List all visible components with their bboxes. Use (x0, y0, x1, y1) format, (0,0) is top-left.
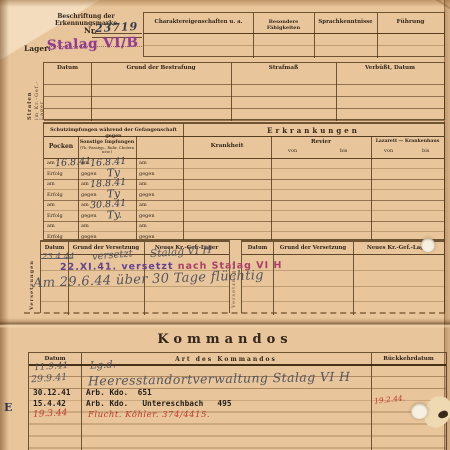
kdo-row-art: Flucht. Köhler. 374/4415. (88, 410, 210, 420)
gegen-label: gegen (81, 192, 97, 198)
strafen-col-verbuesst: Verbüßt, Datum (336, 65, 444, 71)
table-line (144, 45, 444, 46)
strafen-side-label: Strafen (27, 64, 33, 120)
am-label: am (81, 223, 89, 229)
table-line (371, 136, 372, 240)
versetz-entry-datum: 23.4.44 (42, 252, 74, 262)
margin-mark-e: E (4, 401, 12, 414)
idbox-nr-value: 23719 (95, 20, 139, 35)
table-line (44, 136, 444, 137)
erkrankungen-title: Erkrankungen (183, 126, 444, 135)
card-overlap-shadow (0, 318, 450, 328)
table-line (242, 286, 444, 287)
am-label: am (139, 202, 147, 208)
impfungen-erkrankungen-table: Schutzimpfungen während der Gefangenscha… (43, 122, 445, 240)
am-label: am (81, 160, 89, 166)
table-line (44, 231, 444, 232)
stalag-vib-stamp: Stalag VI/B (47, 34, 139, 53)
hole-punch (421, 238, 435, 252)
kdo-row-art: Lg.d. (90, 359, 116, 371)
versetzungen-table-right: Datum Grund der Versetzung Neues Kr.-Gef… (241, 240, 445, 313)
am-label: am (139, 160, 147, 166)
col-krankheit: Krankheit (183, 143, 271, 149)
hole-punch (411, 403, 428, 419)
table-line (242, 254, 444, 255)
table-line (271, 136, 272, 240)
ruled-lines (44, 73, 444, 121)
kdo-row-datum: 19.3.44 (33, 408, 68, 420)
strike-line (41, 258, 71, 259)
gegen-label: gegen (139, 213, 155, 219)
am-label: am (81, 181, 89, 187)
traits-header-character: Charaktereigenschaften u. a. (144, 19, 253, 25)
strafen-col-grund: Grund der Bestrafung (91, 65, 231, 71)
col-sonstige-sub: (Tb.-Paratyp., Ruhr, Cholera usw.) (78, 146, 136, 154)
table-line (136, 136, 137, 240)
gegen-label: gegen (81, 171, 97, 177)
am-label: am (139, 181, 147, 187)
col-pocken: Pocken (44, 143, 78, 150)
table-line (183, 124, 184, 240)
kommandos-title: Kommandos (100, 332, 350, 347)
kdo-col-rueckkehr: Rückkehrdatum (371, 356, 446, 362)
versetz-col-datum: Datum (242, 245, 273, 251)
traits-table: Charaktereigenschaften u. a. Besondere F… (143, 12, 445, 57)
gegen-label: gegen (139, 171, 155, 177)
table-line (144, 33, 444, 34)
lazarett-von: von (384, 148, 393, 154)
kdo-row-datum: 30.12.41 (33, 388, 71, 397)
scan-edge-top (0, 0, 450, 7)
erfolg-label: Erfolg (47, 171, 63, 177)
kdo-row-art: Arb. Kdo. Untereschbach 495 (86, 399, 232, 408)
sonstige-gegen-3: Ty. (107, 208, 123, 221)
strafen-col-strafmass: Strafmaß (231, 65, 336, 71)
perforation-line (24, 312, 445, 314)
gegen-label: gegen (81, 213, 97, 219)
table-line (353, 242, 354, 315)
impfungen-title: Schutzimpfungen während der Gefangenscha… (44, 127, 183, 139)
col-revier: Revier (271, 139, 371, 145)
traits-header-faehigkeiten: Besondere Fähigkeiten (253, 19, 314, 31)
am-label: am (81, 202, 89, 208)
am-label: am (139, 223, 147, 229)
am-label: am (47, 202, 55, 208)
table-line (242, 301, 444, 302)
strafen-col-datum: Datum (44, 65, 91, 71)
pow-record-card-scan: Beschriftung der Erkennungsmarke Nr. 237… (0, 0, 450, 450)
strafen-table: Datum Grund der Bestrafung Strafmaß Verb… (43, 62, 445, 120)
col-lazarett: Lazarett — Krankenhaus (371, 139, 444, 144)
kdo-row-art: Arb. Kdo. 651 (86, 388, 152, 397)
table-line (44, 221, 444, 222)
traits-header-sprachen: Sprachkenntnisse (314, 19, 377, 25)
am-label: am (47, 160, 55, 166)
revier-von: von (288, 148, 297, 154)
scan-edge-left (0, 0, 9, 450)
am-label: am (47, 223, 55, 229)
erfolg-label: Erfolg (47, 213, 63, 219)
kdo-row-datum: 15.4.42 (33, 399, 66, 408)
table-line (273, 242, 274, 315)
erfolg-label: Erfolg (47, 192, 63, 198)
traits-header-fuehrung: Führung (377, 19, 444, 25)
am-label: am (47, 181, 55, 187)
kdo-col-art: Art des Kommandos (81, 356, 371, 363)
revier-bis: bis (340, 148, 347, 154)
lazarett-bis: bis (422, 148, 429, 154)
gegen-label: gegen (139, 192, 155, 198)
versetz-col-datum: Datum (41, 245, 68, 251)
versetz-col-grund: Grund der Versetzung (273, 245, 353, 251)
table-line (41, 301, 229, 302)
